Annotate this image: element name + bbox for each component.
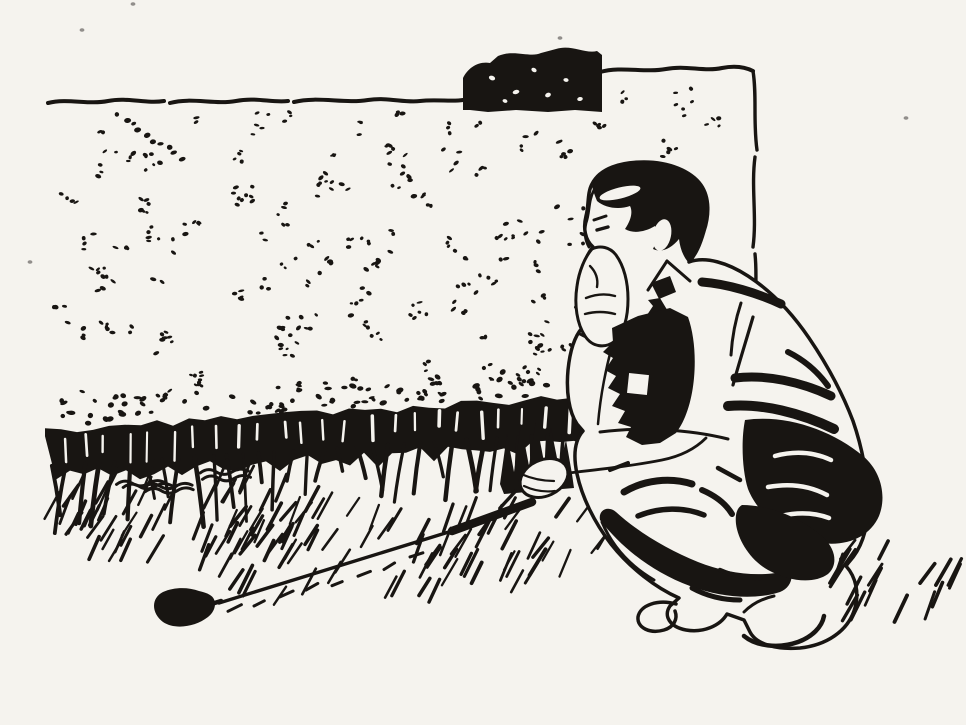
stipple-dot <box>525 369 531 375</box>
stipple-dot <box>387 162 392 167</box>
grass-hatch-stroke <box>296 503 312 523</box>
stipple-dot <box>88 266 95 271</box>
stipple-dot <box>533 352 538 356</box>
grass-hatch-stroke <box>556 499 569 517</box>
stipple-dot <box>259 127 264 130</box>
stipple-dot <box>149 152 154 156</box>
stipple-dot <box>481 365 487 371</box>
cap-stone-block <box>463 48 602 112</box>
grass-hatch-stroke <box>429 579 440 602</box>
band-slit <box>147 432 148 461</box>
stipple-dash <box>124 118 131 124</box>
grass-hatch-stroke <box>426 545 440 564</box>
shaft-tick <box>332 582 342 586</box>
stipple-dot <box>189 373 193 376</box>
grass-hatch-stroke <box>153 505 165 530</box>
fringe-dot <box>543 383 551 388</box>
stipple-dot <box>359 286 365 290</box>
stipple-dot <box>146 230 151 235</box>
grass-hatch-stroke <box>204 485 216 508</box>
stipple-dot <box>232 157 237 161</box>
stipple-dash <box>157 142 164 146</box>
stipple-dot <box>239 159 244 164</box>
stipple-dot <box>365 290 372 296</box>
wall-top-line <box>170 100 288 103</box>
wall-right-edge <box>753 157 755 247</box>
stipple-dash <box>114 112 119 117</box>
fringe-dot <box>361 400 368 403</box>
stipple-dot <box>503 256 510 261</box>
grass-hatch-stroke <box>141 516 152 537</box>
stipple-dot <box>386 150 393 156</box>
stipple-dot <box>153 350 160 356</box>
stipple-dash <box>170 150 178 156</box>
stipple-dash <box>178 156 186 162</box>
stipple-dot <box>231 191 236 194</box>
fringe-dot <box>515 372 521 377</box>
stipple-dot <box>259 285 265 291</box>
fringe-dot <box>477 396 483 402</box>
stipple-dot <box>259 231 264 235</box>
stipple-dot <box>673 102 679 106</box>
band-slit <box>175 432 176 461</box>
stipple-dot <box>182 231 189 236</box>
fringe-dot <box>379 399 388 406</box>
stipple-dot <box>266 287 271 291</box>
band-slit <box>545 408 547 427</box>
stipple-dot <box>523 230 529 236</box>
golf-club <box>154 502 532 627</box>
fringe-dot <box>495 376 503 384</box>
stipple-dot <box>102 149 108 154</box>
fringe-dot <box>439 391 448 398</box>
stipple-dot <box>528 339 533 344</box>
stipple-dot <box>350 302 354 305</box>
fringe-dot <box>139 401 146 408</box>
stipple-dot <box>95 173 102 179</box>
stipple-dot <box>502 221 509 227</box>
grass-blade <box>128 461 131 519</box>
stipple-dot <box>191 219 197 225</box>
stipple-dot <box>516 219 523 224</box>
stipple-dot <box>356 133 362 136</box>
stipple-dot <box>266 113 270 117</box>
stipple-dot <box>142 152 149 158</box>
stipple-dot <box>547 347 552 352</box>
stipple-dot <box>305 279 311 285</box>
stipple-dot <box>689 99 694 104</box>
fringe-dot <box>289 398 295 404</box>
fringe-dot <box>181 398 188 405</box>
stipple-dot <box>98 320 104 326</box>
stipple-dot <box>440 147 446 153</box>
grass-hatch-stroke <box>89 537 99 560</box>
stipple-dot <box>149 225 153 229</box>
stipple-dash <box>131 121 137 126</box>
wall-top-line <box>294 99 463 102</box>
stipple-dot <box>262 238 268 242</box>
grass-hatch-stroke <box>370 505 379 530</box>
stipple-dot <box>129 324 135 330</box>
stipple-dot <box>82 236 86 241</box>
stipple-dot <box>391 232 396 237</box>
stipple-dot <box>305 283 310 288</box>
stipple-dot <box>487 362 493 366</box>
stipple-dot <box>145 235 152 239</box>
stipple-dot <box>157 160 164 166</box>
stipple-dot <box>359 236 364 241</box>
stipple-dot <box>474 172 479 177</box>
stipple-dot <box>461 282 468 288</box>
paper-speck <box>80 28 85 32</box>
stipple-dot <box>82 241 88 247</box>
fringe-dot <box>348 382 357 389</box>
fringe-dot <box>107 401 115 408</box>
shaft-tick <box>410 553 423 557</box>
stipple-dot <box>567 243 572 246</box>
stipple-dot <box>448 168 454 174</box>
stipple-dash <box>149 139 156 145</box>
band-slit <box>65 439 66 462</box>
stipple-dot <box>138 196 145 202</box>
stipple-dot <box>250 184 255 189</box>
stipple-dot <box>192 373 197 378</box>
stipple-dot <box>316 239 320 243</box>
fringe-dot <box>247 410 253 415</box>
stipple-dot <box>65 196 69 200</box>
paper-speck <box>904 116 909 120</box>
fringe-dot <box>415 390 421 396</box>
fringe-dot <box>202 405 209 411</box>
stipple-dot <box>278 347 283 351</box>
stipple-dot <box>143 168 148 173</box>
fringe-dot <box>87 412 94 419</box>
stipple-dot <box>322 170 329 176</box>
stipple-dot <box>417 310 422 314</box>
stipple-dot <box>537 367 542 371</box>
fringe-dot <box>438 398 445 404</box>
stipple-dot <box>170 250 177 256</box>
crouching-golfer <box>514 162 883 648</box>
stipple-dot <box>273 334 280 341</box>
stipple-dot <box>473 289 480 295</box>
stipple-dot <box>58 192 64 197</box>
stipple-dot <box>109 331 115 335</box>
band-slit <box>86 434 87 455</box>
stipple-dot <box>402 152 408 158</box>
paper-speck <box>558 36 563 40</box>
stipple-dot <box>400 163 406 169</box>
fringe-dot <box>120 393 127 399</box>
stipple-dot <box>232 185 239 190</box>
grass-hatch-stroke <box>472 563 482 584</box>
fringe-dot <box>315 393 323 401</box>
fringe-dot <box>275 386 280 390</box>
fringe-dot <box>353 400 360 404</box>
stipple-dot <box>345 187 351 192</box>
stipple-dot <box>307 326 312 330</box>
grass-blade <box>414 443 421 494</box>
grass-hatch-stroke <box>276 474 287 501</box>
stipple-dot <box>567 217 574 221</box>
grass-blade <box>272 452 274 510</box>
grass-hatch-stroke <box>267 534 282 555</box>
stipple-dot <box>53 304 60 310</box>
fringe-dot <box>256 411 261 415</box>
band-slit <box>216 426 217 448</box>
stipple-dot <box>283 266 287 270</box>
fringe-dot <box>404 397 410 403</box>
stipple-dot <box>581 241 586 246</box>
band-slit <box>482 412 484 438</box>
stipple-dot <box>426 359 432 364</box>
stipple-dot <box>143 197 150 202</box>
stipple-dot <box>199 374 205 378</box>
stipple-dot <box>446 120 452 126</box>
stipple-dot <box>329 179 335 184</box>
grass-hatch-stroke <box>260 490 270 511</box>
stipple-dot <box>390 183 395 188</box>
band-slit <box>456 413 458 431</box>
stipple-dot <box>601 123 607 129</box>
grass-hatch-stroke <box>879 541 888 559</box>
stipple-dot <box>97 163 102 168</box>
stipple-dot <box>346 245 352 249</box>
stipple-dot <box>451 299 457 305</box>
grass-hatch-stroke <box>148 536 164 562</box>
stipple-dot <box>278 343 285 348</box>
stipple-dot <box>79 389 85 393</box>
stipple-dot <box>110 278 117 284</box>
stipple-dot <box>62 305 67 309</box>
stipple-dot <box>182 222 187 226</box>
stipple-dot <box>416 301 423 305</box>
grass-blade <box>305 450 307 494</box>
stipple-dot <box>456 150 463 154</box>
stipple-dot <box>281 205 287 209</box>
stipple-dot <box>282 354 287 357</box>
stipple-dot <box>624 97 628 100</box>
stipple-dot <box>285 223 290 227</box>
stipple-dot <box>159 279 165 285</box>
stipple-dot <box>397 186 401 190</box>
stipple-dot <box>408 312 414 317</box>
stipple-dot <box>167 388 173 393</box>
stipple-dot <box>81 248 86 250</box>
stipple-dot <box>445 125 450 130</box>
stipple-dot <box>450 306 457 313</box>
stipple-dot <box>363 320 368 325</box>
stipple-dot <box>704 123 709 127</box>
golfer-hedge-illustration <box>0 0 966 725</box>
stipple-dot <box>716 116 722 121</box>
band-slit <box>322 420 323 439</box>
stipple-dot <box>673 91 678 94</box>
fringe-dot <box>60 414 65 418</box>
band-slit <box>239 426 240 447</box>
paper-speck <box>131 2 136 6</box>
stipple-dot <box>530 299 536 304</box>
fringe-dot <box>350 403 357 409</box>
band-slit <box>257 424 258 439</box>
cap-stone <box>463 48 602 112</box>
stipple-dot <box>673 146 678 150</box>
stipple-dot <box>145 211 149 215</box>
stipple-dot <box>99 170 104 173</box>
stipple-dot <box>527 331 533 337</box>
stipple-dot <box>710 116 716 121</box>
stipple-dot <box>411 303 416 308</box>
stipple-dot <box>321 404 327 407</box>
stipple-dot <box>486 275 491 280</box>
stipple-dot <box>249 198 256 204</box>
band-slit <box>522 409 523 424</box>
stipple-dot <box>146 201 151 206</box>
stipple-dot <box>503 237 508 242</box>
grass-hatch-stroke <box>560 550 571 577</box>
fringe-dot <box>357 386 363 391</box>
stipple-dot <box>80 325 87 332</box>
stipple-dot <box>286 109 292 115</box>
grass-hatch-stroke <box>388 509 401 531</box>
stipple-dot <box>282 119 288 123</box>
stipple-dot <box>369 333 374 338</box>
band-slit <box>372 416 373 440</box>
grass-hatch-stroke <box>219 554 231 577</box>
stipple-dot <box>661 138 666 143</box>
stipple-dot <box>298 314 305 321</box>
stipple-dot <box>681 107 685 111</box>
stipple-dot <box>660 155 666 159</box>
stipple-dot <box>150 277 157 282</box>
wall-top-line-right <box>600 67 753 72</box>
paper-speck <box>28 260 33 264</box>
stipple-dot <box>522 135 529 138</box>
stipple-dot <box>424 369 429 373</box>
fringe-dot <box>495 393 504 399</box>
stipple-dot <box>522 364 528 370</box>
stipple-dot <box>293 256 298 261</box>
stipple-dot <box>64 320 71 325</box>
stipple-dot <box>498 257 504 263</box>
grass-hatch-stroke <box>361 526 373 547</box>
stipple-dot <box>544 320 550 324</box>
fringe-dot <box>427 377 434 382</box>
band-slit <box>300 423 301 443</box>
fringe-dot <box>522 379 527 383</box>
stipple-dot <box>455 284 461 290</box>
grass-hatch-stroke <box>323 529 338 549</box>
grass-hatch-stroke <box>920 564 935 583</box>
illustration-canvas <box>0 0 966 725</box>
shaft-tick <box>228 605 241 612</box>
stipple-dot <box>388 229 394 233</box>
stipple-dot <box>90 232 97 235</box>
stipple-dot <box>232 292 238 296</box>
band-slit <box>395 415 396 431</box>
fringe-dot <box>341 386 347 390</box>
stipple-dot <box>317 270 323 276</box>
fringe-dot <box>384 383 391 389</box>
stipple-dot <box>387 249 394 254</box>
stipple-dot <box>452 248 458 254</box>
stipple-dot <box>288 333 293 337</box>
stipple-dot <box>410 193 417 199</box>
stipple-dot <box>112 245 119 250</box>
stipple-dot <box>163 330 169 334</box>
stipple-dot <box>567 148 574 154</box>
stipple-dot <box>533 130 540 137</box>
fringe-dot <box>521 394 529 399</box>
fringe-dot <box>134 410 142 417</box>
fringe-dot <box>85 421 92 426</box>
paper-specks <box>28 2 909 264</box>
stipple-dot <box>126 160 131 162</box>
stipple-dot <box>347 313 354 318</box>
stipple-dot <box>254 111 260 116</box>
stipple-dot <box>198 370 203 374</box>
stipple-dot <box>289 353 295 358</box>
wall-right-edge <box>753 71 757 150</box>
stipple-dot <box>128 330 133 334</box>
fringe-dot <box>249 398 257 405</box>
stipple-dot <box>446 235 453 241</box>
stipple-dot <box>539 332 545 337</box>
fringe-dot <box>121 401 128 408</box>
stipple-dot <box>453 160 460 167</box>
fringe-dot <box>436 380 443 386</box>
stipple-dot <box>353 300 359 306</box>
club-head <box>154 588 215 626</box>
stipple-dot <box>317 174 324 181</box>
stipple-dot <box>338 182 345 187</box>
band-slit <box>285 422 286 437</box>
stipple-dash <box>134 127 142 133</box>
stipple-dot <box>294 341 300 346</box>
grass-hatch-stroke <box>313 499 324 518</box>
stipple-dot <box>315 194 321 198</box>
fringe-dot <box>149 410 154 414</box>
stipple-dot <box>688 86 694 92</box>
stipple-dot <box>250 133 255 136</box>
stipple-dot <box>538 229 545 234</box>
stipple-dot <box>248 194 254 199</box>
stipple-dot <box>170 340 175 344</box>
wall-top-line <box>48 100 164 103</box>
stipple-dot <box>238 289 245 293</box>
stipple-dot <box>379 338 383 342</box>
stipple-dot <box>283 201 289 206</box>
fringe-dot <box>323 381 329 385</box>
stipple-dot <box>535 238 541 244</box>
stipple-dot <box>399 171 406 177</box>
shaft-tick <box>384 563 395 570</box>
stipple-dot <box>620 99 625 104</box>
stipple-dot <box>535 371 540 376</box>
fringe-dot <box>193 390 199 396</box>
grass-hatch-stroke <box>335 550 350 573</box>
vest-pocket-highlight <box>627 373 649 395</box>
stipple-dot <box>146 239 151 242</box>
stipple-dot <box>328 186 334 191</box>
stipple-dot <box>262 277 267 281</box>
stipple-dot <box>474 123 480 128</box>
stipple-dot <box>363 266 370 273</box>
stipple-dot <box>581 206 585 210</box>
stipple-dot <box>92 398 98 404</box>
stipple-dot <box>540 350 545 353</box>
stipple-dot <box>519 144 524 149</box>
